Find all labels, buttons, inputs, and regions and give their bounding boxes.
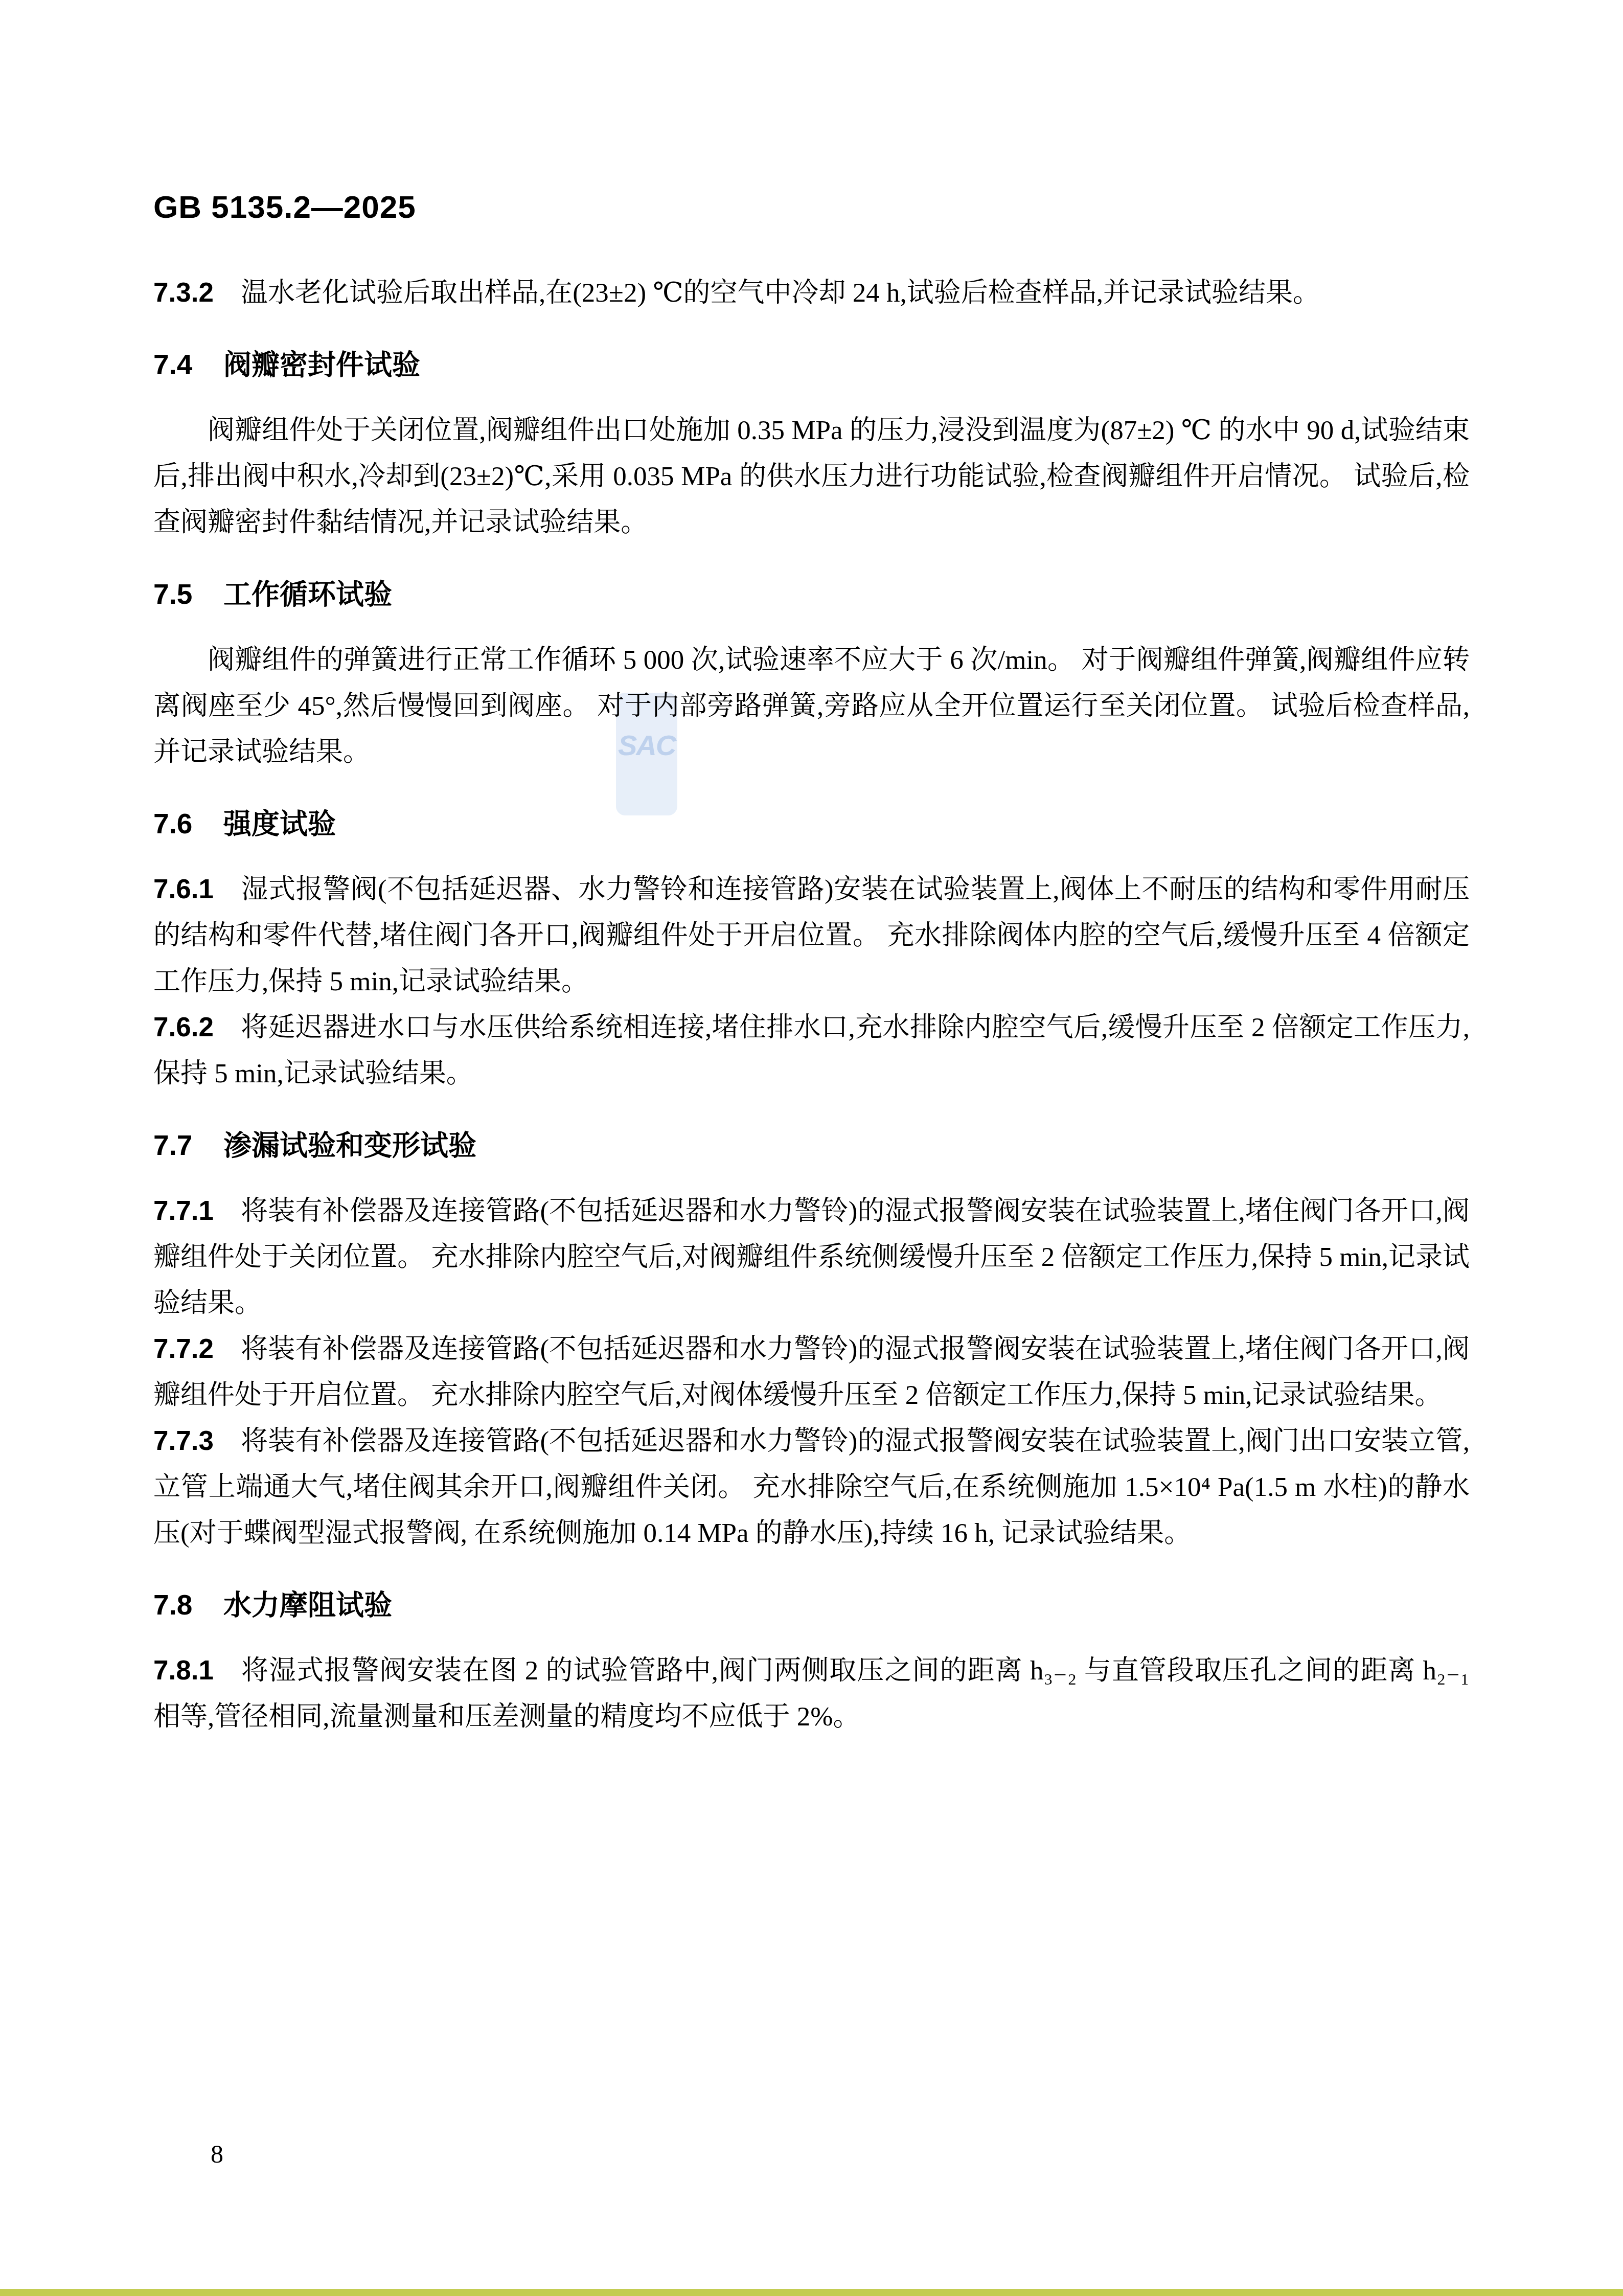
heading-title: 强度试验 — [223, 808, 336, 839]
clause-text: 将湿式报警阀安装在图 2 的试验管路中,阀门两侧取压之间的距离 h₃₋₂ 与直管… — [153, 1656, 1470, 1732]
heading-title: 阀瓣密封件试验 — [223, 349, 420, 380]
clause-number: 7.6.2 — [153, 1012, 214, 1042]
heading-number: 7.4 — [153, 349, 192, 380]
clause-text: 将装有补偿器及连接管路(不包括延迟器和水力警铃)的湿式报警阀安装在试验装置上,堵… — [153, 1196, 1470, 1318]
section-heading-7-4: 7.4阀瓣密封件试验 — [153, 346, 1470, 384]
heading-number: 7.6 — [153, 808, 192, 839]
heading-title: 工作循环试验 — [223, 578, 392, 610]
paragraph-7-4-body: 阀瓣组件处于关闭位置,阀瓣组件出口处施加 0.35 MPa 的压力,浸没到温度为… — [153, 407, 1470, 545]
clause-text: 将延迟器进水口与水压供给系统相连接,堵住排水口,充水排除内腔空气后,缓慢升压至 … — [153, 1013, 1470, 1088]
clause-number: 7.7.1 — [153, 1196, 214, 1226]
clause-7-8-1: 7.8.1将湿式报警阀安装在图 2 的试验管路中,阀门两侧取压之间的距离 h₃₋… — [153, 1648, 1470, 1740]
clause-text: 温水老化试验后取出样品,在(23±2) ℃的空气中冷却 24 h,试验后检查样品… — [241, 278, 1320, 308]
clause-number: 7.8.1 — [153, 1655, 214, 1686]
clause-7-7-3: 7.7.3将装有补偿器及连接管路(不包括延迟器和水力警铃)的湿式报警阀安装在试验… — [153, 1418, 1470, 1556]
clause-number: 7.7.3 — [153, 1426, 214, 1456]
bottom-accent-bar — [0, 2289, 1623, 2296]
paragraph-7-5-body: 阀瓣组件的弹簧进行正常工作循环 5 000 次,试验速率不应大于 6 次/min… — [153, 637, 1470, 775]
heading-title: 渗漏试验和变形试验 — [223, 1129, 476, 1161]
document-page: SAC GB 5135.2—2025 7.3.2温水老化试验后取出样品,在(23… — [0, 0, 1623, 2296]
section-heading-7-7: 7.7渗漏试验和变形试验 — [153, 1126, 1470, 1165]
heading-number: 7.8 — [153, 1589, 192, 1621]
standard-number-header: GB 5135.2—2025 — [153, 188, 1470, 226]
clause-7-6-1: 7.6.1湿式报警阀(不包括延迟器、水力警铃和连接管路)安装在试验装置上,阀体上… — [153, 867, 1470, 1005]
clause-number: 7.7.2 — [153, 1334, 214, 1364]
heading-number: 7.5 — [153, 578, 192, 610]
clause-7-3-2: 7.3.2温水老化试验后取出样品,在(23±2) ℃的空气中冷却 24 h,试验… — [153, 270, 1470, 316]
heading-number: 7.7 — [153, 1129, 192, 1161]
section-heading-7-6: 7.6强度试验 — [153, 805, 1470, 843]
page-content: GB 5135.2—2025 7.3.2温水老化试验后取出样品,在(23±2) … — [0, 0, 1623, 1740]
section-heading-7-8: 7.8水力摩阻试验 — [153, 1586, 1470, 1624]
clause-number: 7.6.1 — [153, 874, 214, 904]
clause-7-7-2: 7.7.2将装有补偿器及连接管路(不包括延迟器和水力警铃)的湿式报警阀安装在试验… — [153, 1326, 1470, 1418]
clause-text: 将装有补偿器及连接管路(不包括延迟器和水力警铃)的湿式报警阀安装在试验装置上,阀… — [153, 1426, 1470, 1548]
clause-text: 湿式报警阀(不包括延迟器、水力警铃和连接管路)安装在试验装置上,阀体上不耐压的结… — [153, 875, 1470, 996]
clause-text: 将装有补偿器及连接管路(不包括延迟器和水力警铃)的湿式报警阀安装在试验装置上,堵… — [153, 1334, 1470, 1410]
clause-number: 7.3.2 — [153, 278, 214, 308]
heading-title: 水力摩阻试验 — [223, 1589, 392, 1621]
page-number: 8 — [211, 2136, 223, 2172]
clause-7-6-2: 7.6.2将延迟器进水口与水压供给系统相连接,堵住排水口,充水排除内腔空气后,缓… — [153, 1005, 1470, 1097]
section-heading-7-5: 7.5工作循环试验 — [153, 575, 1470, 613]
clause-7-7-1: 7.7.1将装有补偿器及连接管路(不包括延迟器和水力警铃)的湿式报警阀安装在试验… — [153, 1188, 1470, 1326]
